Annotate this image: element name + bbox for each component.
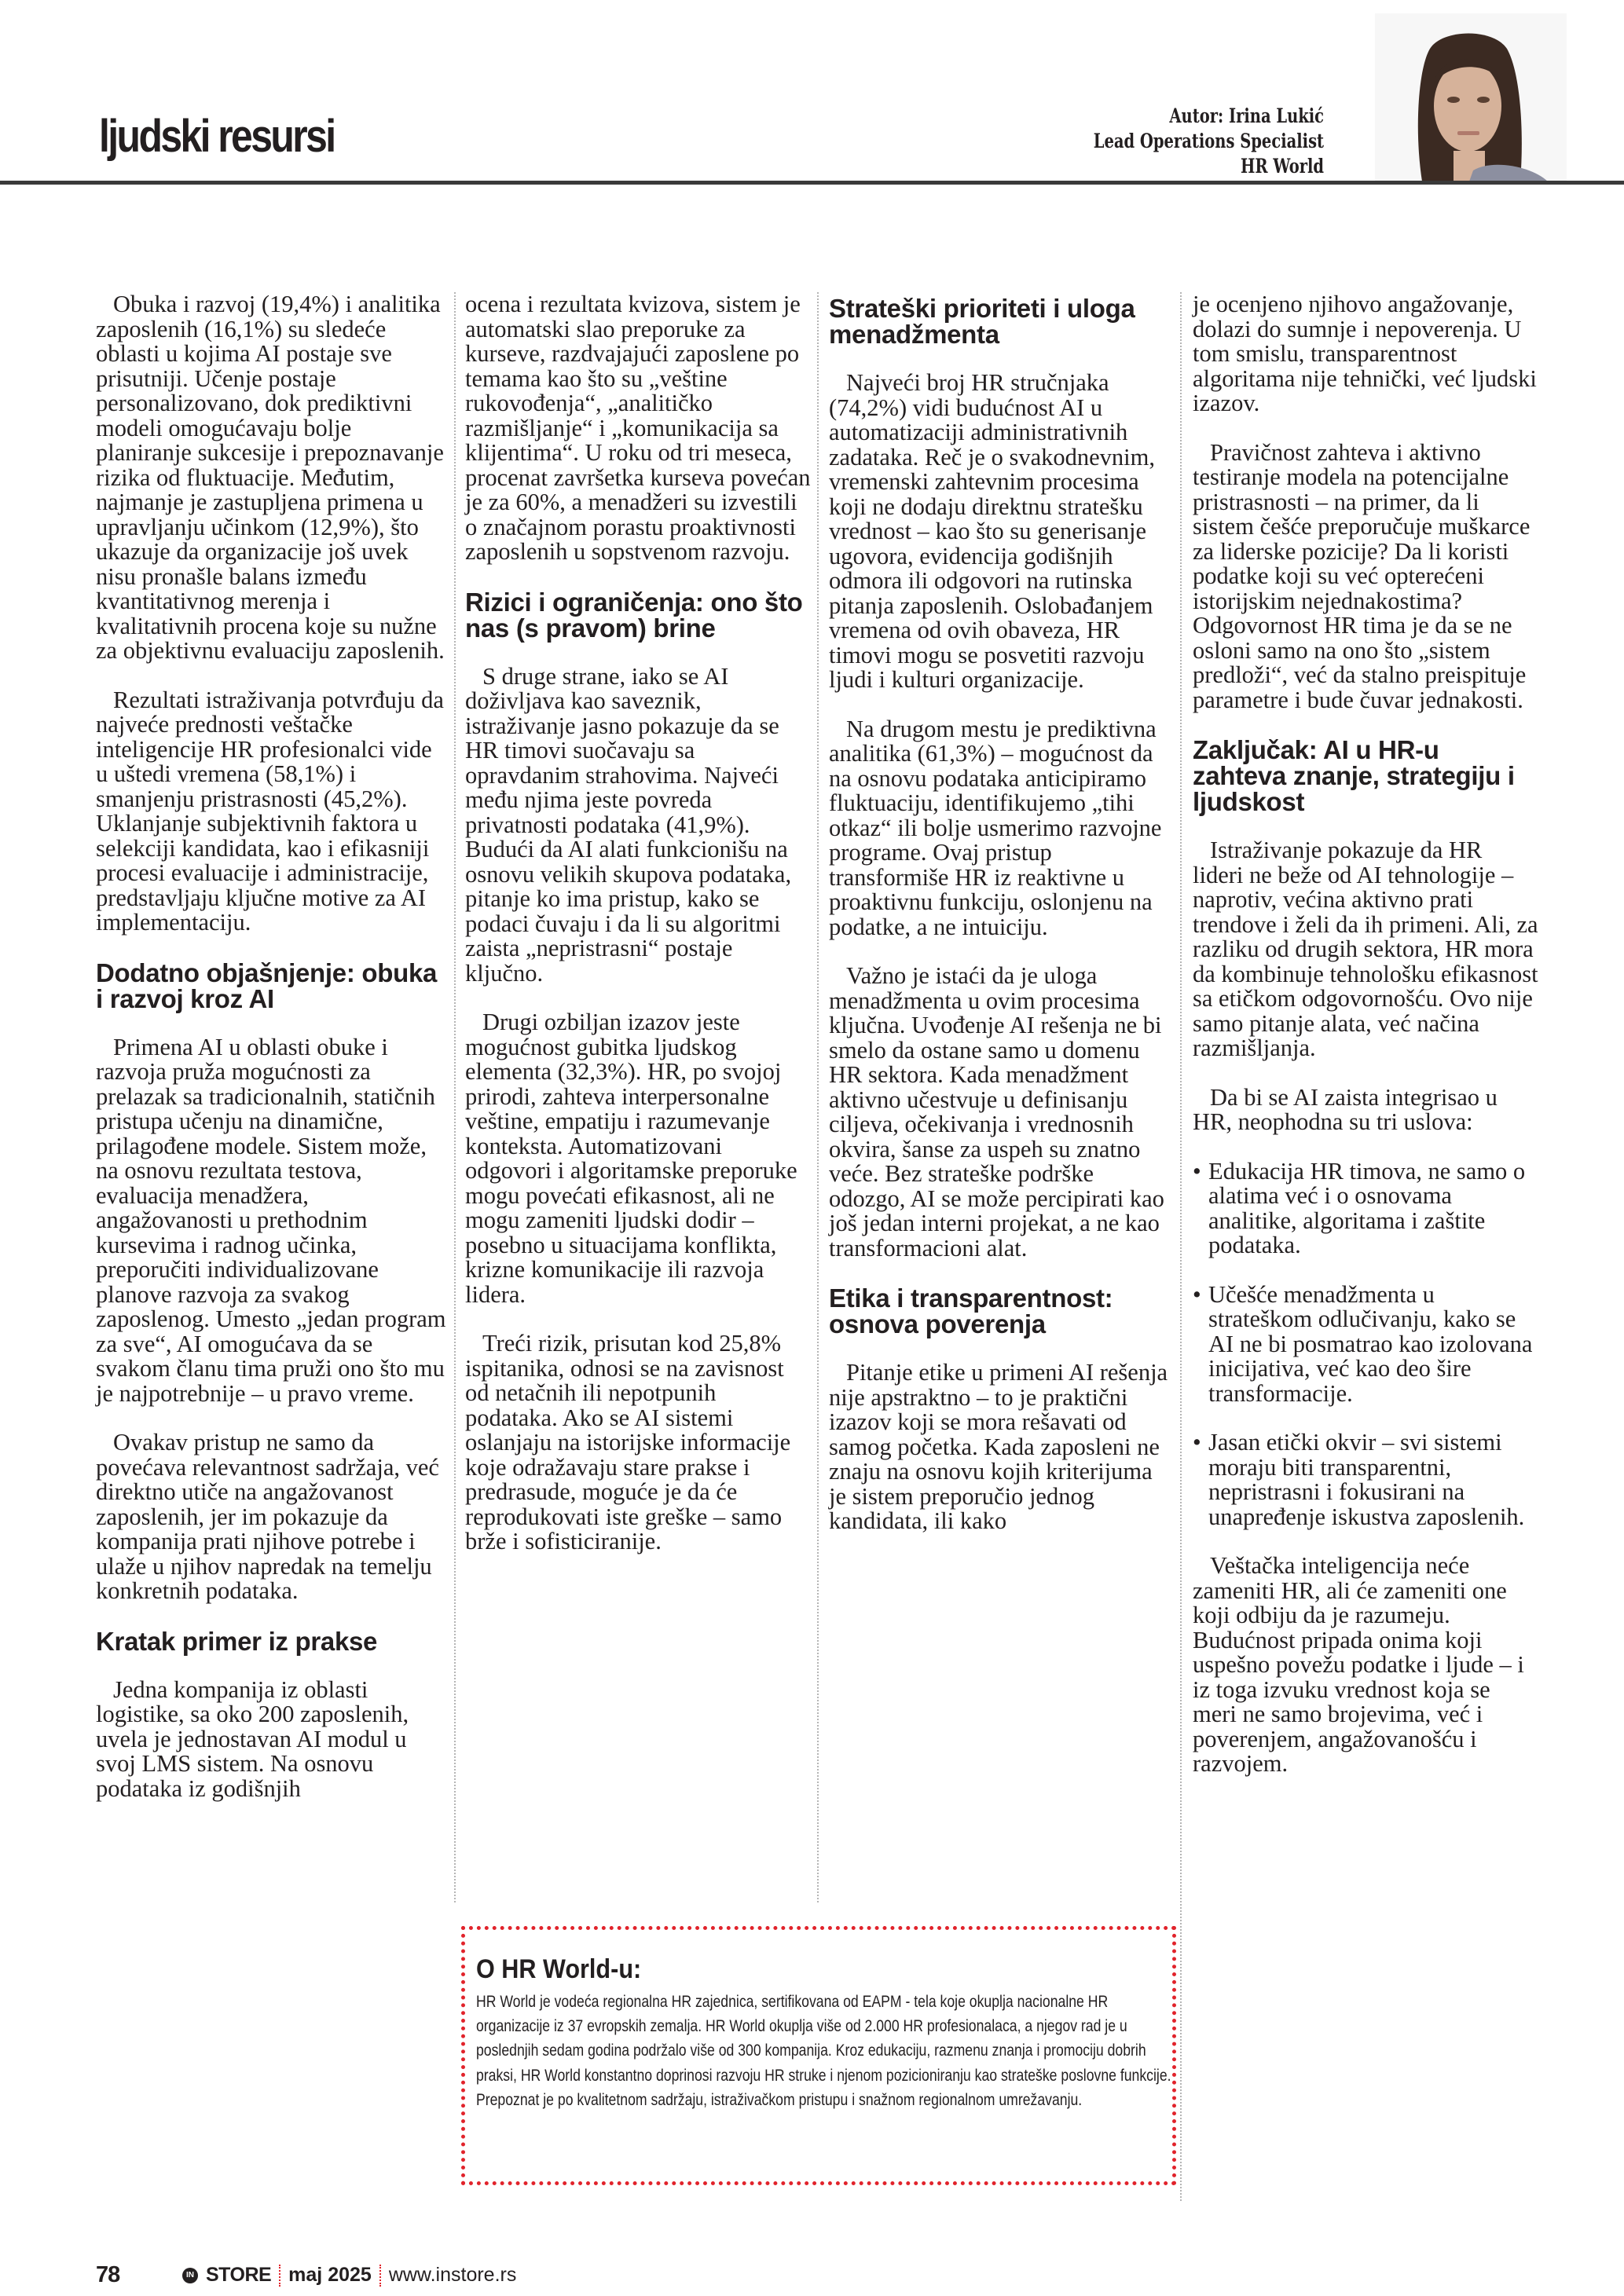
portrait-icon <box>1375 13 1567 181</box>
paragraph: je ocenjeno njihovo angažovanje, dolazi … <box>1193 292 1538 416</box>
conditions-list: •Edukacija HR timova, ne samo o alatima … <box>1193 1159 1538 1530</box>
publication-name: STORE <box>206 2264 271 2287</box>
about-hr-world-box: O HR World-u: HR World je vodeća regiona… <box>461 1926 1176 2185</box>
author-role: Lead Operations Specialist <box>1094 129 1324 154</box>
page-footer: 78 IN STORE maj 2025 www.instore.rs <box>0 2262 1624 2294</box>
paragraph: Obuka i razvoj (19,4%) i analitika zapos… <box>96 292 449 664</box>
list-item: •Jasan etički okvir – svi sistemi moraju… <box>1193 1430 1538 1529</box>
paragraph: Treći rizik, prisutan kod 25,8% ispitani… <box>465 1331 811 1554</box>
author-byline: Autor: Irina Lukić Lead Operations Speci… <box>1094 104 1324 179</box>
bullet-icon: • <box>1193 1430 1201 1456</box>
paragraph: Jedna kompanija iz oblasti logistike, sa… <box>96 1678 449 1802</box>
paragraph: Pitanje etike u primeni AI rešenja nije … <box>829 1360 1175 1534</box>
subheading: Rizici i ograničenja: ono što nas (s pra… <box>465 589 811 641</box>
infobox-title: O HR World-u: <box>476 1954 1093 1985</box>
paragraph: Važno je istaći da je uloga menadžmenta … <box>829 964 1175 1261</box>
paragraph: Da bi se AI zaista integrisao u HR, neop… <box>1193 1086 1538 1135</box>
issue-date: maj 2025 <box>288 2264 372 2287</box>
bullet-icon: • <box>1193 1159 1201 1185</box>
bullet-icon: • <box>1193 1283 1201 1308</box>
paragraph: Primena AI u oblasti obuke i razvoja pru… <box>96 1035 449 1407</box>
paragraph: Rezultati istraživanja potvrđuju da najv… <box>96 688 449 936</box>
author-photo <box>1375 13 1567 181</box>
section-title: ljudski resursi <box>99 110 335 163</box>
subheading: Etika i transparentnost: osnova poverenj… <box>829 1285 1175 1337</box>
subheading: Kratak primer iz prakse <box>96 1628 449 1654</box>
infobox-body: HR World je vodeća regionalna HR zajedni… <box>476 1990 1172 2112</box>
column-divider <box>454 292 456 1902</box>
website-link[interactable]: www.instore.rs <box>389 2264 517 2287</box>
column-divider <box>817 292 819 1902</box>
article-column-3: Strateški prioriteti i uloga menadžmenta… <box>829 292 1175 1558</box>
paragraph: ocena i rezultata kvizova, sistem je aut… <box>465 292 811 565</box>
list-item: •Edukacija HR timova, ne samo o alatima … <box>1193 1159 1538 1258</box>
article-column-1: Obuka i razvoj (19,4%) i analitika zapos… <box>96 292 449 1825</box>
instore-logo-icon: IN <box>182 2268 198 2283</box>
separator <box>379 2265 381 2287</box>
subheading: Strateški prioriteti i uloga menadžmenta <box>829 295 1175 347</box>
author-organization: HR World <box>1094 154 1324 179</box>
page-number: 78 <box>96 2262 119 2288</box>
list-item: •Učešće menadžmenta u strateškom odlučiv… <box>1193 1283 1538 1407</box>
paragraph: Istraživanje pokazuje da HR lideri ne be… <box>1193 838 1538 1061</box>
paragraph: Najveći broj HR stručnjaka (74,2%) vidi … <box>829 371 1175 693</box>
paragraph: Pravičnost zahteva i aktivno testiranje … <box>1193 441 1538 713</box>
header-divider <box>0 181 1624 185</box>
paragraph: Ovakav pristup ne samo da povećava relev… <box>96 1430 449 1604</box>
paragraph: S druge strane, iako se AI doživljava ka… <box>465 665 811 987</box>
author-name: Autor: Irina Lukić <box>1094 104 1324 129</box>
article-column-2: ocena i rezultata kvizova, sistem je aut… <box>465 292 811 1579</box>
paragraph: Drugi ozbiljan izazov jeste mogućnost gu… <box>465 1010 811 1307</box>
paragraph: Veštačka inteligencija neće zameniti HR,… <box>1193 1554 1538 1777</box>
separator <box>279 2265 280 2287</box>
paragraph: Na drugom mestu je prediktivna analitika… <box>829 717 1175 940</box>
article-column-4: je ocenjeno njihovo angažovanje, dolazi … <box>1193 292 1538 1801</box>
publication-info: IN STORE maj 2025 www.instore.rs <box>182 2264 516 2287</box>
subheading: Zaključak: AI u HR-u zahteva znanje, str… <box>1193 737 1538 815</box>
page-header: ljudski resursi Autor: Irina Lukić Lead … <box>0 0 1624 184</box>
subheading: Dodatno objašnjenje: obuka i razvoj kroz… <box>96 960 449 1012</box>
column-divider <box>1180 292 1182 2201</box>
